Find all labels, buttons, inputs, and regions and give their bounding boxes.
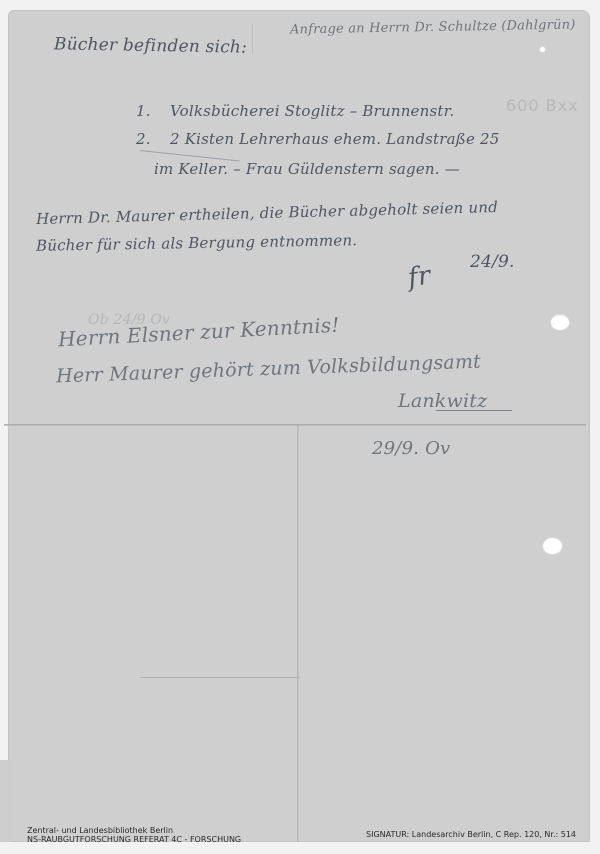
- paper-lower-edge: [0, 760, 12, 842]
- list-item-2-number: 2.: [136, 130, 151, 148]
- footer-signature-ref: SIGNATUR: Landesarchiv Berlin, C Rep. 12…: [366, 830, 576, 839]
- footer-department: NS-RAUBGUTFORSCHUNG REFERAT 4C - FORSCHU…: [27, 835, 241, 844]
- heading-text: Bücher befinden sich:: [54, 34, 247, 57]
- small-tear-top: [540, 47, 545, 52]
- faint-crease: [140, 677, 300, 678]
- pencil-date: 29/9. Ov: [372, 438, 450, 459]
- pencil-line-3: Lankwitz: [398, 390, 487, 412]
- list-item-1-text: Volksbücherei Stoglitz – Brunnenstr.: [170, 102, 454, 120]
- list-item-1-number: 1.: [136, 102, 151, 120]
- pencil-underline: [436, 410, 512, 411]
- signature-date: 24/9.: [470, 252, 515, 272]
- punch-hole-top: [551, 315, 569, 330]
- signature-initials: fr: [406, 261, 432, 294]
- archive-stamp-mark: 600 Bxx: [506, 96, 579, 115]
- vertical-fold-line: [297, 426, 299, 842]
- horizontal-fold-line: [4, 424, 586, 426]
- list-item-2-text: 2 Kisten Lehrerhaus ehem. Landstraße 25: [170, 130, 500, 148]
- list-item-2-continuation: im Keller. – Frau Güldenstern sagen. —: [154, 160, 460, 178]
- punch-hole-bottom: [543, 538, 562, 554]
- footer-institution: Zentral- und Landesbibliothek Berlin NS-…: [27, 826, 241, 844]
- footer-library-name: Zentral- und Landesbibliothek Berlin: [27, 826, 241, 835]
- top-crease: [252, 24, 253, 54]
